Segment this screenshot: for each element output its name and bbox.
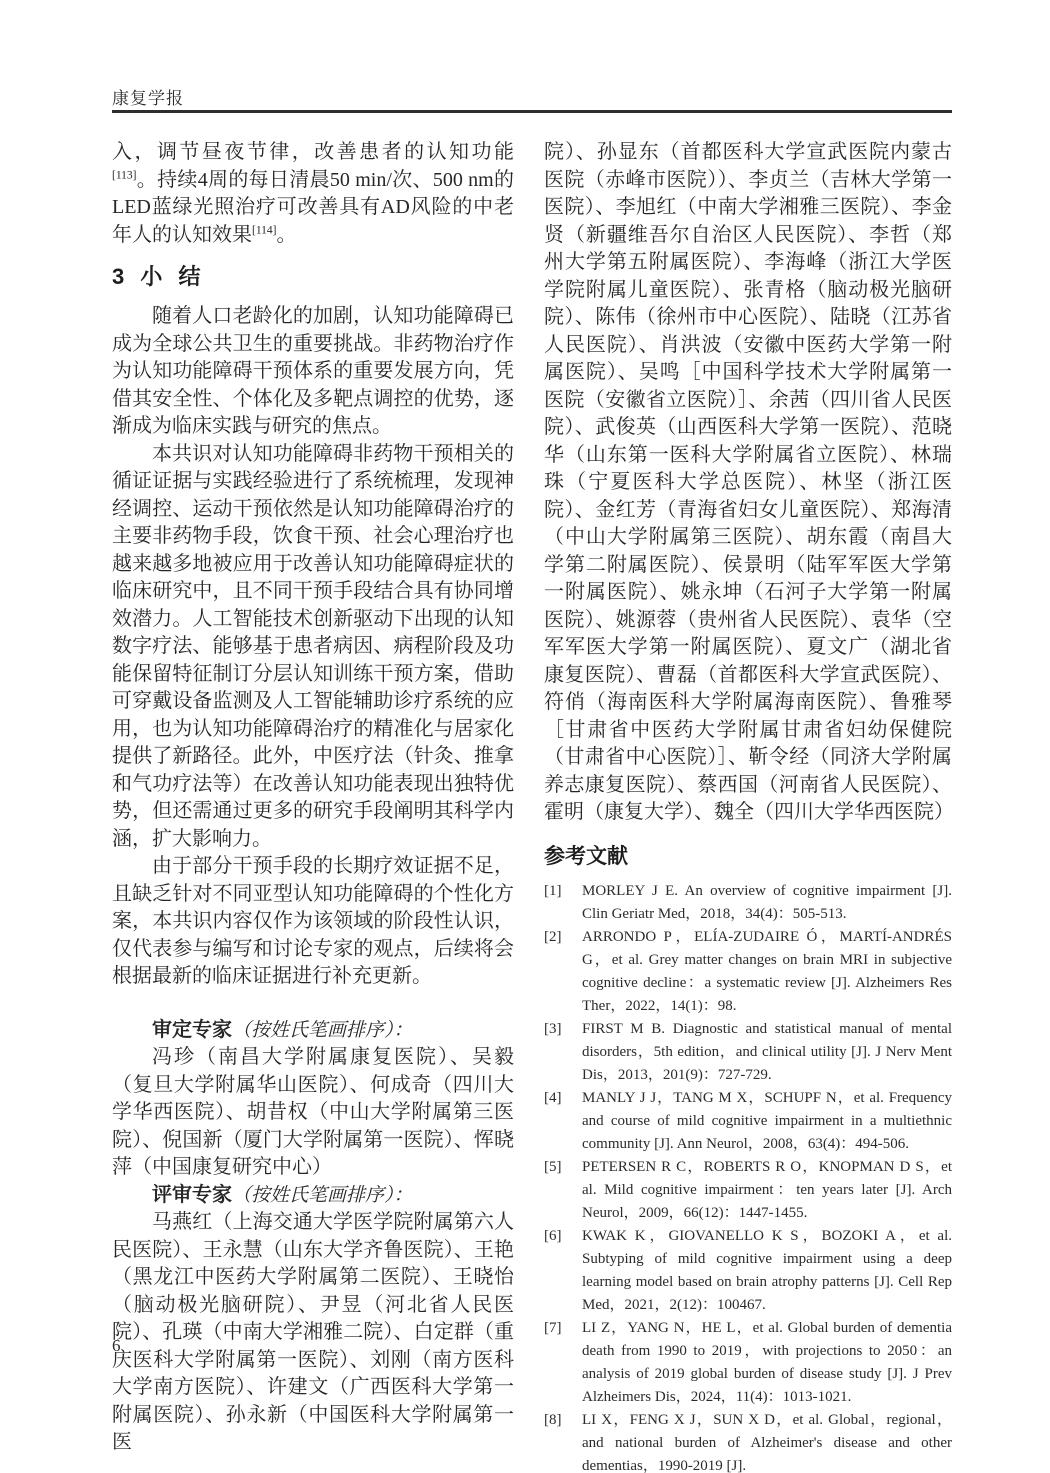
review-experts-label: 审定专家 bbox=[152, 1019, 232, 1041]
header-rule bbox=[112, 110, 952, 113]
eval-experts-heading: 评审专家（按姓氏笔画排序）： bbox=[112, 1182, 514, 1210]
reference-label: [6] bbox=[544, 1225, 562, 1248]
summary-paragraph-3: 由于部分干预手段的长期疗效证据不足，且缺乏针对不同亚型认知功能障碍的个性化方案，… bbox=[112, 853, 514, 991]
right-column: 院）、孙显东（首都医科大学宣武医院内蒙古医院（赤峰市医院））、李贞兰（吉林大学第… bbox=[544, 139, 952, 1473]
citation-113: [113] bbox=[112, 169, 136, 181]
reference-label: [7] bbox=[544, 1317, 562, 1340]
references-list: [1]MORLEY J E. An overview of cognitive … bbox=[544, 880, 952, 1473]
reference-item: [3]FIRST M B. Diagnostic and statistical… bbox=[544, 1018, 952, 1087]
eval-experts-list-continued: 院）、孙显东（首都医科大学宣武医院内蒙古医院（赤峰市医院））、李贞兰（吉林大学第… bbox=[544, 139, 952, 827]
eval-experts-note: （按姓氏笔画排序）： bbox=[232, 1185, 413, 1206]
reference-item: [7]LI Z，YANG N，HE L，et al. Global burden… bbox=[544, 1317, 952, 1409]
summary-paragraph-2: 本共识对认知功能障碍非药物干预相关的循证证据与实践经验进行了系统梳理，发现神经调… bbox=[112, 441, 514, 854]
reference-item: [1]MORLEY J E. An overview of cognitive … bbox=[544, 880, 952, 926]
intro-seg2: 。持续4周的每日清晨50 min/次、500 nm的LED蓝绿光照治疗可改善具有… bbox=[112, 169, 514, 246]
eval-experts-label: 评审专家 bbox=[152, 1184, 232, 1206]
citation-114: [114] bbox=[252, 224, 276, 236]
reference-label: [3] bbox=[544, 1018, 562, 1041]
journal-title: 康复学报 bbox=[112, 84, 184, 109]
left-column: 入，调节昼夜节律，改善患者的认知功能[113]。持续4周的每日清晨50 min/… bbox=[112, 139, 514, 1473]
reference-label: [5] bbox=[544, 1156, 562, 1179]
journal-page: 康复学报 入，调节昼夜节律，改善患者的认知功能[113]。持续4周的每日清晨50… bbox=[0, 0, 1050, 1473]
review-experts-heading: 审定专家（按姓氏笔画排序）： bbox=[112, 1017, 514, 1045]
reference-item: [4]MANLY J J，TANG M X，SCHUPF N，et al. Fr… bbox=[544, 1087, 952, 1156]
two-column-body: 入，调节昼夜节律，改善患者的认知功能[113]。持续4周的每日清晨50 min/… bbox=[112, 139, 952, 1473]
intro-seg3: 。 bbox=[276, 224, 296, 246]
reference-text: PETERSEN R C，ROBERTS R O，KNOPMAN D S，et … bbox=[582, 1159, 952, 1221]
reference-label: [4] bbox=[544, 1087, 562, 1110]
eval-experts-list: 马燕红（上海交通大学医学院附属第六人民医院）、王永慧（山东大学齐鲁医院）、王艳（… bbox=[112, 1209, 514, 1457]
references-heading: 参考文献 bbox=[544, 840, 952, 870]
reference-item: [8]LI X，FENG X J，SUN X D，et al. Global，r… bbox=[544, 1409, 952, 1473]
intro-seg1: 入，调节昼夜节律，改善患者的认知功能 bbox=[112, 141, 514, 163]
reference-item: [6]KWAK K，GIOVANELLO K S，BOZOKI A，et al.… bbox=[544, 1225, 952, 1317]
intro-paragraph: 入，调节昼夜节律，改善患者的认知功能[113]。持续4周的每日清晨50 min/… bbox=[112, 139, 514, 249]
reference-text: LI Z，YANG N，HE L，et al. Global burden of… bbox=[582, 1320, 952, 1405]
review-experts-note: （按姓氏笔画排序）： bbox=[232, 1020, 413, 1041]
summary-paragraph-1: 随着人口老龄化的加剧，认知功能障碍已成为全球公共卫生的重要挑战。非药物治疗作为认… bbox=[112, 303, 514, 441]
reference-label: [2] bbox=[544, 926, 562, 949]
reference-text: FIRST M B. Diagnostic and statistical ma… bbox=[582, 1021, 952, 1083]
reference-label: [8] bbox=[544, 1409, 562, 1432]
review-experts-block: 审定专家（按姓氏笔画排序）： 冯珍（南昌大学附属康复医院）、吴毅（复旦大学附属华… bbox=[112, 1017, 514, 1182]
page-number: 6 bbox=[112, 1336, 121, 1356]
reference-text: LI X，FENG X J，SUN X D，et al. Global，regi… bbox=[582, 1412, 952, 1473]
reference-text: ARRONDO P，ELÍA-ZUDAIRE Ó，MARTÍ-ANDRÉS G，… bbox=[582, 929, 952, 1014]
eval-experts-block: 评审专家（按姓氏笔画排序）： 马燕红（上海交通大学医学院附属第六人民医院）、王永… bbox=[112, 1182, 514, 1457]
reference-text: KWAK K，GIOVANELLO K S，BOZOKI A，et al. Su… bbox=[582, 1228, 952, 1313]
reference-item: [5]PETERSEN R C，ROBERTS R O，KNOPMAN D S，… bbox=[544, 1156, 952, 1225]
reference-text: MORLEY J E. An overview of cognitive imp… bbox=[582, 883, 952, 922]
review-experts-list: 冯珍（南昌大学附属康复医院）、吴毅（复旦大学附属华山医院）、何成奇（四川大学华西… bbox=[112, 1044, 514, 1182]
reference-text: MANLY J J，TANG M X，SCHUPF N，et al. Frequ… bbox=[582, 1090, 952, 1152]
reference-item: [2]ARRONDO P，ELÍA-ZUDAIRE Ó，MARTÍ-ANDRÉS… bbox=[544, 926, 952, 1018]
section-heading-summary: 3 小 结 bbox=[112, 262, 514, 292]
reference-label: [1] bbox=[544, 880, 562, 903]
